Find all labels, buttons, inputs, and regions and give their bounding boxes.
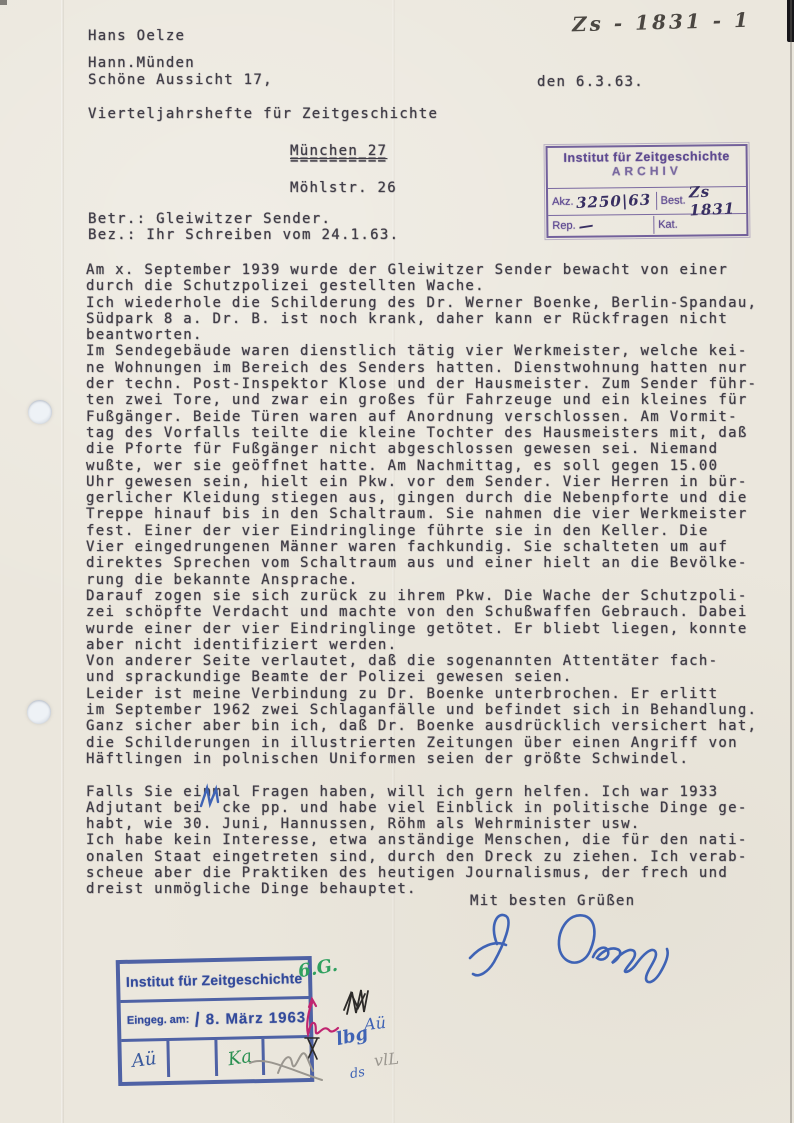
- archive-stamp-line2: ARCHIV: [548, 163, 746, 179]
- best-label: Best.: [661, 195, 686, 207]
- fold-crease-left: [61, 0, 64, 1123]
- black-scribble-stroke1: [347, 990, 368, 1014]
- body-line: die Pforte für Fußgänger nicht abgeschlo…: [86, 441, 757, 457]
- body-line: ne Wohnungen im Bereich des Senders hatt…: [86, 360, 757, 376]
- sender-street: Schöne Aussicht 17,: [88, 72, 273, 88]
- received-cell-2: [169, 1040, 217, 1077]
- recipient-street: Möhlstr. 26: [290, 180, 397, 196]
- signature-stroke-o: [559, 915, 595, 962]
- body-line: tag des Vorfalls teilte die kleine Tocht…: [86, 425, 757, 441]
- body-line: Ich wiederhole die Schilderung des Dr. W…: [86, 295, 757, 311]
- body-line: Im Sendegebäude waren dienstlich tätig v…: [86, 343, 757, 359]
- best-value-handwritten: Zs 1831: [688, 181, 743, 219]
- received-stamp-initial-cells: Aü Ka: [121, 1038, 310, 1078]
- blue-note-ds: ds: [349, 1065, 366, 1082]
- body-line: Vier eingedrungenen Männer waren fachkun…: [86, 539, 757, 555]
- archive-stamp-best-cell: Best. Zs 1831: [656, 182, 746, 219]
- body-line: fest. Einer der vier Eindringlinge führt…: [86, 523, 757, 539]
- archive-stamp-rep-cell: Rep. —: [548, 216, 654, 235]
- received-date-value: 8. März 1963: [206, 1009, 307, 1028]
- body-line: Treppe hinauf bis in den Schaltraum. Sie…: [86, 506, 757, 522]
- body-line: Falls Sie einmal Fragen haben, will ich …: [86, 784, 757, 800]
- body-line: direktes Sprechen vom Schaltraum aus und…: [86, 555, 757, 571]
- received-stamp: Institut für Zeitgeschichte Eingeg. am: …: [116, 956, 315, 1086]
- body-line: wurde einer der vier Eindringlinge getöt…: [86, 621, 757, 637]
- body-line: Häftlingen in polnischen Uniformen seien…: [86, 751, 757, 767]
- closing-line: Mit besten Grüßen: [470, 893, 635, 909]
- body-line: beantworten.: [86, 327, 757, 343]
- letter-date: den 6.3.63.: [537, 74, 644, 90]
- body-line: ten zwei Tore, und zwar ein großes für F…: [86, 392, 757, 408]
- received-stamp-date-row: Eingeg. am: | 8. März 1963: [121, 999, 310, 1042]
- recipient-city-underline: ==========: [290, 152, 387, 168]
- pencil-note-vll: vlL: [373, 1049, 400, 1070]
- scan-edge-line: [790, 0, 792, 1123]
- body-line: der techn. Post-Inspektor Klose und der …: [86, 376, 757, 392]
- initials-ka-green: Ka: [226, 1045, 253, 1070]
- body-line: Am x. September 1939 wurde der Gleiwitze…: [86, 262, 757, 278]
- sender-city: Hann.Münden: [88, 55, 195, 71]
- archive-stamp-akz-cell: Akz. 3250|63: [548, 192, 657, 211]
- akz-label: Akz.: [552, 196, 574, 208]
- received-cell-3: Ka: [217, 1039, 265, 1076]
- scanned-letter-page: Hans Oelze Hann.Münden Schöne Aussicht 1…: [0, 0, 794, 1123]
- archive-stamp-row-akz-best: Akz. 3250|63 Best. Zs 1831: [548, 187, 746, 216]
- received-date-tick: |: [194, 1010, 201, 1028]
- initials-au-blue: Aü: [131, 1048, 158, 1072]
- body-line: dreist unmögliche Dinge behauptet.: [86, 881, 757, 897]
- body-line: aber nicht identifiziert werden.: [86, 637, 757, 653]
- archive-stamp-kat-cell: Kat.: [654, 218, 746, 231]
- body-line: Fußgänger. Beide Türen waren auf Anordnu…: [86, 409, 757, 425]
- signature-h-oelze: [470, 915, 668, 982]
- black-scribble: [344, 990, 368, 1014]
- black-scribble-stroke2: [344, 993, 365, 1010]
- archive-stamp: Institut für Zeitgeschichte ARCHIV Akz. …: [546, 144, 749, 238]
- body-line: im September 1962 zwei Schlaganfälle und…: [86, 702, 757, 718]
- signature-stroke-h1: [473, 915, 508, 975]
- punch-hole-bottom: [27, 700, 51, 724]
- body-line: Von anderer Seite verlautet, daß die sog…: [86, 653, 757, 669]
- body-line: scheue aber die Praktiken des heutigen J…: [86, 865, 757, 881]
- body-line: durch die Schutzpolizei gestellten Wache…: [86, 278, 757, 294]
- rep-label: Rep.: [552, 220, 575, 232]
- scan-corner-mark: [0, 0, 7, 5]
- body-line: habt, wie 30. Juni, Hannussen, Röhm als …: [86, 816, 757, 832]
- recipient-name: Vierteljahrshefte für Zeitgeschichte: [88, 106, 438, 122]
- body-line: zei schöpfte Verdacht und machte von den…: [86, 604, 757, 620]
- body-line: Ganz sicher aber bin ich, daß Dr. Boenke…: [86, 718, 757, 734]
- body-line: wußte, wer sie geöffnet hatte. Am Nachmi…: [86, 458, 757, 474]
- received-cell-4: [265, 1038, 310, 1075]
- letter-body: Am x. September 1939 wurde der Gleiwitze…: [86, 262, 757, 898]
- handwritten-archive-number: Zs - 1831 - 1: [572, 8, 751, 37]
- body-line: rung die bekannte Ansprache.: [86, 572, 757, 588]
- sender-name: Hans Oelze: [88, 28, 185, 44]
- body-line: gerlicher Kleidung stiegen aus, gingen d…: [86, 490, 757, 506]
- body-line: [86, 767, 757, 783]
- body-line: Südpark 8 a. Dr. B. ist noch krank, dahe…: [86, 311, 757, 327]
- signature-stroke-elze: [593, 948, 668, 983]
- body-line: die Schilderungen in illustrierten Zeitu…: [86, 735, 757, 751]
- body-line: Leider ist meine Verbindung zu Dr. Boenk…: [86, 686, 757, 702]
- subject-line: Betr.: Gleiwitzer Sender.: [88, 211, 331, 227]
- signature-stroke-h2: [470, 943, 506, 958]
- reference-line: Bez.: Ihr Schreiben vom 24.1.63.: [88, 227, 399, 243]
- body-line: Ich habe kein Interesse, etwa anständige…: [86, 832, 757, 848]
- body-line: onalen Staat eingetreten sind, durch den…: [86, 849, 757, 865]
- body-line: Adjutant bei cke pp. und habe viel Einbl…: [86, 800, 757, 816]
- received-date-label: Eingeg. am:: [127, 1014, 190, 1027]
- akz-value-handwritten: 3250|63: [576, 191, 652, 212]
- body-line: und sprackundige Beamte der Polizei gewe…: [86, 669, 757, 685]
- rep-value-handwritten: —: [577, 216, 596, 236]
- blue-note-au: Aü: [363, 1013, 387, 1034]
- kat-label: Kat.: [658, 219, 678, 231]
- punch-hole-top: [28, 400, 52, 424]
- received-stamp-header: Institut für Zeitgeschichte: [120, 960, 309, 1003]
- body-line: Uhr gewesen sein, hielt ein Pkw. vor dem…: [86, 474, 757, 490]
- received-cell-1: Aü: [121, 1041, 169, 1078]
- body-line: Darauf zogen sie sich zurück zu ihrem Pk…: [86, 588, 757, 604]
